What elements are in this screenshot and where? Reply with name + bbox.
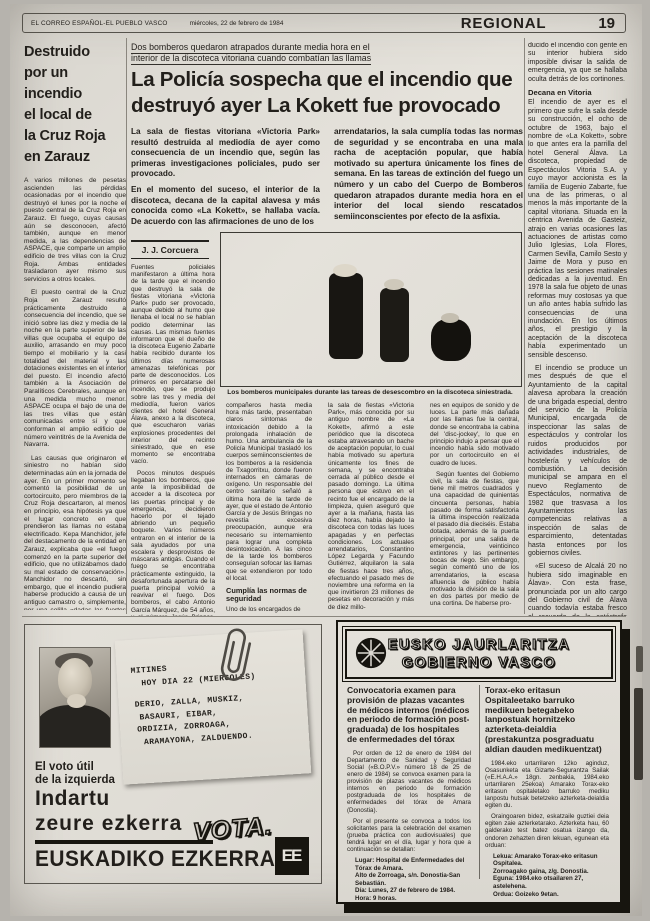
euskadiko-ezkerra-ad: MITINES HOY DIA 22 (MIERCOLES) DERIO, ZA… (24, 624, 322, 884)
paragraph: «El suceso de Alcalá 20 no hubiera sido … (528, 563, 627, 616)
headline-line: el local de (24, 105, 126, 126)
portrait-photo (39, 647, 111, 748)
detail-line: Eguna: 1984.eko otsailaren 27, astelehen… (493, 875, 609, 890)
news-photo (220, 232, 522, 387)
kicker: Dos bomberos quedaron atrapados durante … (131, 42, 403, 64)
newspaper-page: EL CORREO ESPAÑOL-EL PUEBLO VASCO miérco… (0, 0, 650, 921)
subheading: Decana en Vitoria (528, 89, 627, 97)
notice-title-es: Convocatoria examen para provisión de pl… (347, 686, 471, 745)
paragraph: En el momento del suceso, el interior de… (131, 185, 320, 227)
body-column-2: compañeros hasta media hora más tarde, p… (226, 402, 312, 614)
ad-slogan: El voto útil de la izquierda (35, 761, 115, 786)
body-column-3: la sala de fiestas «Victoria Park», más … (328, 402, 414, 614)
portrait-hand (67, 694, 86, 708)
spanish-column: Convocatoria examen para provisión de pl… (347, 686, 471, 903)
paragraph: arrendatarios, la sala cumplía todas las… (334, 127, 523, 222)
firefighter-figure (431, 319, 471, 361)
typewritten-note: MITINES HOY DIA 22 (MIERCOLES) DERIO, ZA… (115, 629, 311, 784)
paragraph: A varios millones de pesetas ascienden l… (24, 177, 126, 283)
paragraph: la sala de fiestas «Victoria Park», más … (328, 402, 414, 611)
ads-separator-rule (22, 616, 626, 617)
detail-line: Lugar: Hospital de Enfermedades del Tóra… (355, 857, 471, 872)
body-column-4: nes en equipos de sonido y de luces. La … (430, 402, 519, 614)
scan-artifact (636, 646, 643, 672)
left-article: Destruido por un incendio el local de la… (24, 42, 126, 610)
paragraph: El incendio se produce un mes después de… (528, 365, 627, 558)
headline-line: en Zarauz (24, 147, 126, 168)
banner-title-line: GOBIERNO VASCO (402, 654, 556, 672)
main-headline: La Policía sospecha que el incendio que … (131, 67, 523, 119)
detail-line: Hora: 9 horas. (355, 895, 471, 903)
body-column-1: Fuentes policiales manifestaron a última… (131, 264, 215, 616)
section-title: REGIONAL (461, 15, 547, 32)
paragraph: Por el presente se convoca a todos los s… (347, 818, 471, 853)
helmet-icon (441, 313, 459, 323)
paragraph: compañeros hasta media hora más tarde, p… (226, 402, 312, 582)
detail-line: Lekua: Amarako Torax-eko eritasun Ospita… (493, 853, 609, 868)
headline-line: Destruido (24, 42, 126, 63)
masthead: EL CORREO ESPAÑOL-EL PUEBLO VASCO miérco… (22, 13, 626, 33)
main-article: Dos bomberos quedaron atrapados durante … (131, 42, 523, 616)
headline-line: La Policía sospecha que el incendio que (131, 67, 523, 93)
paragraph: El incendio de ayer es el primero que su… (528, 99, 627, 360)
portrait-suit (39, 705, 111, 748)
detail-line: Alto de Zorroaga, s/n. Donostia-San Seba… (355, 872, 471, 887)
paragraph: Pocos minutos después llegaban los bombe… (131, 470, 215, 616)
detail-line: Ordua: Goizeko 9etan. (493, 891, 609, 899)
slogan-line: de la izquierda (35, 774, 115, 787)
paragraph: Por orden de 12 de enero de 1984 del Dep… (347, 750, 471, 814)
basque-column: Torax-eko eritasun Ospitaleetako barruko… (485, 686, 609, 903)
page-number: 19 (598, 15, 615, 32)
firefighter-figure (329, 273, 363, 359)
vota-stamp: VOTA. (192, 812, 274, 848)
paragraph: Fuentes policiales manifestaron a última… (131, 264, 215, 466)
photo-caption: Los bomberos municipales durante las tar… (220, 389, 520, 396)
paragraph: Oraingoaren bidez, eskatzaile guztiei de… (485, 813, 609, 848)
right-article-column: ducido el incendio con gente en su inter… (528, 42, 627, 616)
notice-title-eu: Torax-eko eritasun Ospitaleetako barruko… (485, 686, 609, 755)
gobierno-vasco-banner: EUSKO JAURLARITZA GOBIERNO VASCO (345, 629, 613, 679)
gobierno-vasco-body: Convocatoria examen para provisión de pl… (338, 683, 620, 903)
gobierno-vasco-ad: EUSKO JAURLARITZA GOBIERNO VASCO Convoca… (336, 620, 622, 904)
column-rule-left (126, 38, 127, 614)
kicker-line: interior de la discoteca vitoriana cuand… (131, 53, 371, 65)
paragraph: ducido el incendio con gente en su inter… (528, 42, 627, 84)
firefighter-figure (380, 288, 409, 362)
left-article-headline: Destruido por un incendio el local de la… (24, 42, 126, 168)
helmet-icon (384, 279, 404, 290)
column-divider (479, 685, 480, 879)
left-article-body: A varios millones de pesetas ascienden l… (24, 177, 126, 610)
headline-line: por un incendio (24, 63, 126, 105)
scan-artifact (634, 688, 643, 780)
detail-line: Zorroagako gaina, z/g. Donostia. (493, 868, 609, 876)
ad-big-text: zeure ezkerra (35, 812, 182, 836)
paragraph: Las causas que originaron el siniestro n… (24, 455, 126, 610)
headline-line: la Cruz Roja (24, 126, 126, 147)
gobierno-vasco-crest-icon (354, 635, 388, 676)
paragraph: El puesto central de la Cruz Roja en Zar… (24, 289, 126, 448)
issue-date: miércoles, 22 de febrero de 1984 (190, 20, 284, 27)
ad-big-text: Indartu (35, 787, 110, 811)
helmet-icon (333, 264, 357, 277)
column-rule-right (524, 38, 525, 614)
byline: J. J. Corcuera (131, 240, 209, 259)
lead-column: arrendatarios, la sala cumplía todas las… (334, 127, 523, 227)
subheading: Cumplía las normas de seguridad (226, 587, 312, 604)
paragraph: Uno de los encargados de (226, 606, 312, 613)
divider-bar (35, 840, 213, 844)
slogan-line: El voto útil (35, 761, 115, 774)
lead-paragraphs: La sala de fiestas vitoriana «Victoria P… (131, 127, 523, 227)
ee-logo: EE (275, 837, 309, 875)
paragraph: nes en equipos de sonido y de luces. La … (430, 402, 519, 467)
banner-title-line: EUSKO JAURLARITZA (388, 636, 571, 654)
paragraph: Según fuentes del Gobierno civil, la sal… (430, 471, 519, 608)
party-name: EUSKADIKO EZKERRA (35, 846, 275, 872)
paragraph: La sala de fiestas vitoriana «Victoria P… (131, 127, 320, 180)
lead-column: La sala de fiestas vitoriana «Victoria P… (131, 127, 320, 227)
paragraph: 1984.eko urtarrilaren 12ko aginduz, Osas… (485, 760, 609, 810)
detail-line: Día: Lunes, 27 de febrero de 1984. (355, 887, 471, 895)
newspaper-name: EL CORREO ESPAÑOL-EL PUEBLO VASCO (31, 20, 168, 27)
headline-line: destruyó ayer La Kokett fue provocado (131, 93, 523, 119)
